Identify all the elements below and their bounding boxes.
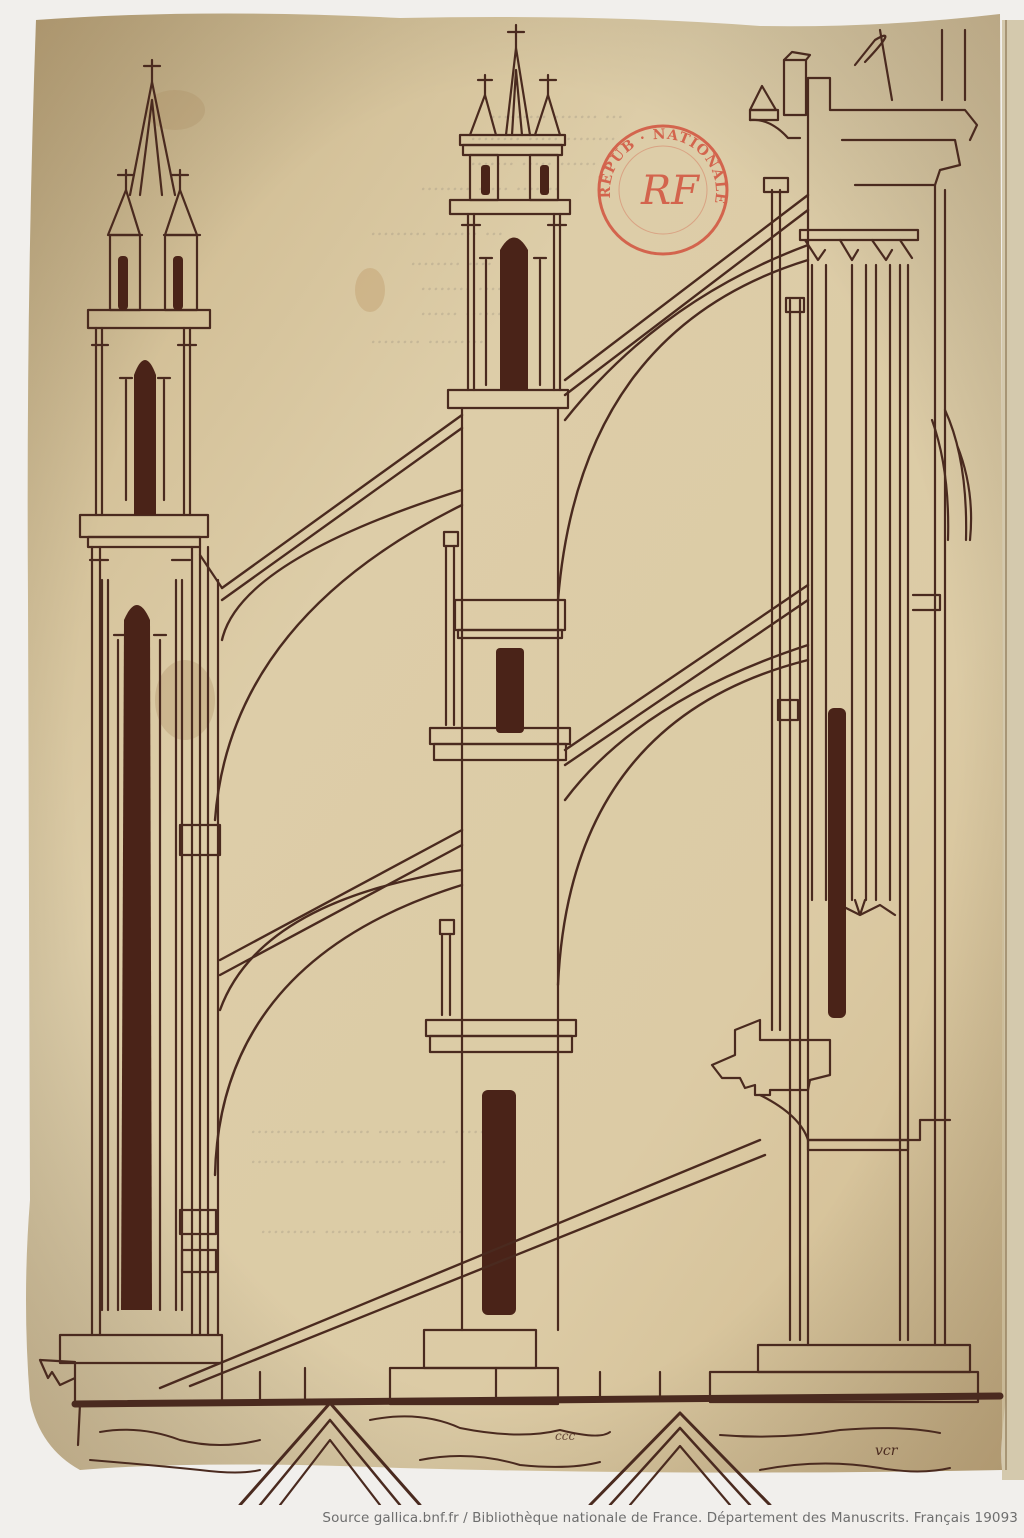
manuscript-page: ......... ....... ... ........ ..... ...…: [0, 0, 1024, 1505]
source-caption: Source gallica.bnf.fr / Bibliothèque nat…: [0, 1510, 1024, 1534]
svg-text:...... ......: ...... ......: [420, 296, 503, 320]
margin-mark-vcr: vcr: [875, 1443, 899, 1459]
svg-text:............ ...... ..... ....: ............ ...... ..... ..... ......: [250, 1114, 492, 1138]
margin-mark-ccc: ccc: [555, 1429, 575, 1443]
buttress-drawing: ......... ....... ... ........ ..... ...…: [0, 0, 1024, 1505]
stamp-monogram: RF: [640, 168, 700, 214]
svg-text:......... ..... ........ .....: ......... ..... ........ ......: [250, 1144, 447, 1168]
svg-text:......... ....... ...: ......... ....... ...: [370, 216, 504, 240]
svg-text:......... ....... ...... .....: ......... ....... ...... .......: [260, 1214, 463, 1238]
svg-text:........ ..... ........: ........ ..... ........: [470, 121, 616, 145]
